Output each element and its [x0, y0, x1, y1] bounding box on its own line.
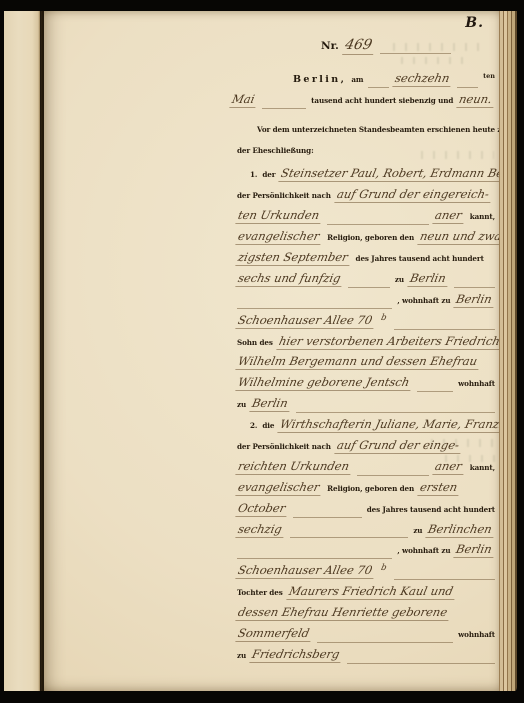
printed-form-text: Berlin,: [293, 74, 346, 85]
ruled-blank-line: [394, 329, 495, 330]
handwritten-text: zigsten September: [235, 250, 352, 266]
handwritten-text: neun.: [457, 92, 497, 108]
handwritten-text: ersten: [417, 480, 461, 496]
printed-form-text: Sohn des: [237, 338, 273, 347]
ruled-blank-line: [237, 558, 392, 559]
handwritten-text: evangelischer: [235, 480, 324, 496]
handwritten-text: Steinsetzer Paul, Robert, Erdmann Bergem…: [279, 166, 524, 182]
ruled-blank-line: [347, 663, 495, 664]
groom-residence-line: , wohnhaft zuBerlin: [237, 292, 495, 313]
ruled-blank-line: [357, 475, 429, 476]
groom-parents-line: Sohn deshier verstorbenen Arbeiters Frie…: [237, 334, 495, 355]
printed-form-text: tausend acht hundert siebenzig und: [311, 96, 453, 105]
groom-address-line: Schoenhauser Allee 70b: [237, 313, 495, 334]
ruled-blank-line: [317, 642, 453, 643]
bride-parents-line: Tochter desMaurers Friedrich Kaul und: [237, 584, 495, 605]
bride-birthyear-line: sechzigzuBerlinchen: [237, 522, 495, 543]
ruled-blank-line: [237, 308, 392, 309]
printed-form-text: Nr.: [321, 40, 339, 52]
groom-birthdate-line: zigsten Septemberdes Jahres tausend acht…: [237, 250, 495, 271]
bride-parents-line: dessen Ehefrau Henriette geborene: [237, 605, 495, 626]
printed-form-text: 1.: [250, 170, 257, 179]
handwritten-text: dessen Ehefrau Henriette geborene: [235, 605, 451, 621]
ruled-blank-line: [368, 87, 389, 88]
handwritten-superscript-text: b: [379, 563, 391, 574]
handwritten-text: Wirthschafterin Juliane, Marie, Franzisc…: [278, 417, 524, 433]
handwritten-text: Berlin: [407, 271, 450, 287]
ruled-blank-line: [262, 108, 306, 109]
intro-line: Vor dem unterzeichneten Standesbeamten e…: [237, 125, 495, 146]
printed-form-text: der Persönlichkeit nach: [237, 442, 331, 451]
handwritten-text: Berlin: [454, 542, 497, 558]
ruled-blank-line: [296, 412, 495, 413]
printed-form-text: wohnhaft: [458, 630, 495, 639]
printed-form-text: , wohnhaft zu: [397, 296, 450, 305]
bride-residence-line: , wohnhaft zuBerlin: [237, 542, 495, 563]
printed-form-text: Tochter des: [237, 588, 283, 597]
handwritten-text: October: [235, 501, 289, 517]
printed-form-text: kannt,: [470, 212, 495, 221]
handwritten-text: Schoenhauser Allee 70: [235, 313, 376, 329]
printed-form-text: des Jahres tausend acht hundert: [356, 254, 484, 263]
date-place-line: Berlin,amsechzehnten: [293, 71, 495, 92]
printed-form-text: 2.: [250, 421, 257, 430]
bride-religion-birth-line: evangelischerReligion, geboren denersten: [237, 480, 495, 501]
ruled-blank-line: [290, 537, 409, 538]
form-content-column: Nr.469Berlin,amsechzehntenMaitausend ach…: [237, 25, 495, 668]
ruled-blank-line: [417, 391, 453, 392]
handwritten-text: Maurers Friedrich Kaul und: [286, 584, 457, 600]
handwritten-text: sechzig: [235, 522, 286, 538]
handwritten-text: auf Grund der eingereich-: [334, 187, 493, 203]
bride-parents-line: Sommerfeldwohnhaft: [237, 626, 495, 647]
ruled-blank-line: [454, 287, 496, 288]
printed-form-text: des Jahres tausend acht hundert: [367, 505, 495, 514]
intro-line: der Eheschließung:: [237, 146, 495, 167]
ruled-blank-line: [394, 579, 495, 580]
printed-form-text: die: [262, 421, 274, 430]
handwritten-text: Berlinchen: [426, 522, 497, 538]
handwritten-text: Sommerfeld: [235, 626, 313, 642]
groom-parents-residence-line: zuBerlin: [237, 396, 495, 417]
bride-birthdate-line: Octoberdes Jahres tausend acht hundert: [237, 501, 495, 522]
left-page-edge: [4, 11, 40, 691]
printed-form-text: , wohnhaft zu: [397, 546, 450, 555]
printed-form-text: Religion, geboren den: [327, 484, 414, 493]
handwritten-text: Schoenhauser Allee 70: [235, 563, 376, 579]
photo-background: [0, 0, 524, 11]
handwritten-text: aner: [432, 208, 466, 224]
handwritten-text: Berlin: [454, 292, 497, 308]
printed-superscript-text: ten: [483, 72, 495, 80]
groom-birthyear-line: sechs und funfzigzuBerlin: [237, 271, 495, 292]
printed-form-text: Religion, geboren den: [327, 233, 414, 242]
groom-identity-line: der Persönlichkeit nachauf Grund der ein…: [237, 187, 495, 208]
groom-identity-line: ten Urkundenanerkannt,: [237, 208, 495, 229]
handwritten-text: Mai: [229, 92, 259, 108]
handwritten-text: Wilhelmine geborene Jentsch: [235, 375, 414, 391]
printed-form-text: zu: [395, 275, 404, 284]
bride-name-line: 2.dieWirthschafterin Juliane, Marie, Fra…: [237, 417, 495, 438]
registry-book-photograph: B. Nr.469Berlin,amsechzehntenMaitausend …: [0, 0, 524, 703]
printed-form-text: zu: [237, 400, 246, 409]
photo-background: [517, 0, 524, 703]
printed-form-text: der: [262, 170, 275, 179]
ruled-blank-line: [457, 87, 478, 88]
marriage-registry-form-page: B. Nr.469Berlin,amsechzehntenMaitausend …: [44, 11, 500, 691]
registry-number-line: Nr.469: [321, 37, 451, 58]
page-stack-edges: [499, 9, 517, 693]
printed-form-text: zu: [237, 651, 246, 660]
handwritten-text: 469: [342, 37, 377, 55]
handwritten-text: sechzehn: [392, 71, 454, 87]
printed-form-text: wohnhaft: [458, 379, 495, 388]
photo-background: [0, 0, 4, 703]
printed-form-text: Vor dem unterzeichneten Standesbeamten e…: [257, 125, 524, 134]
printed-form-text: kannt,: [470, 463, 495, 472]
photo-background: [0, 691, 524, 703]
groom-religion-birth-line: evangelischerReligion, geboren denneun u…: [237, 229, 495, 250]
printed-form-text: der Eheschließung:: [237, 146, 314, 155]
date-year-line: Maitausend acht hundert siebenzig undneu…: [231, 92, 495, 113]
ruled-blank-line: [380, 53, 451, 54]
handwritten-text: Wilhelm Bergemann und dessen Ehefrau: [235, 354, 481, 370]
bride-address-line: Schoenhauser Allee 70b: [237, 563, 495, 584]
handwritten-text: Berlin: [249, 396, 292, 412]
groom-parents-line: Wilhelm Bergemann und dessen Ehefrau: [237, 354, 495, 375]
printed-form-text: am: [351, 75, 363, 84]
handwritten-text: auf Grund der einge-: [334, 438, 463, 454]
printed-form-text: zu: [413, 526, 422, 535]
bride-identity-line: reichten Urkundenanerkannt,: [237, 459, 495, 480]
groom-name-line: 1.derSteinsetzer Paul, Robert, Erdmann B…: [237, 166, 495, 187]
ruled-blank-line: [327, 224, 429, 225]
handwritten-text: Friedrichsberg: [249, 647, 344, 663]
bride-parents-residence-line: zuFriedrichsberg: [237, 647, 495, 668]
handwritten-text: aner: [432, 459, 466, 475]
ruled-blank-line: [348, 287, 390, 288]
printed-form-text: der Persönlichkeit nach: [237, 191, 331, 200]
ruled-blank-line: [293, 517, 362, 518]
handwritten-text: sechs und funfzig: [235, 271, 345, 287]
bride-identity-line: der Persönlichkeit nachauf Grund der ein…: [237, 438, 495, 459]
handwritten-text: reichten Urkunden: [235, 459, 353, 475]
handwritten-text: evangelischer: [235, 229, 324, 245]
handwritten-text: hier verstorbenen Arbeiters Friedrich: [276, 334, 504, 350]
groom-parents-line: Wilhelmine geborene Jentschwohnhaft: [237, 375, 495, 396]
handwritten-superscript-text: b: [379, 313, 391, 324]
handwritten-text: ten Urkunden: [235, 208, 323, 224]
